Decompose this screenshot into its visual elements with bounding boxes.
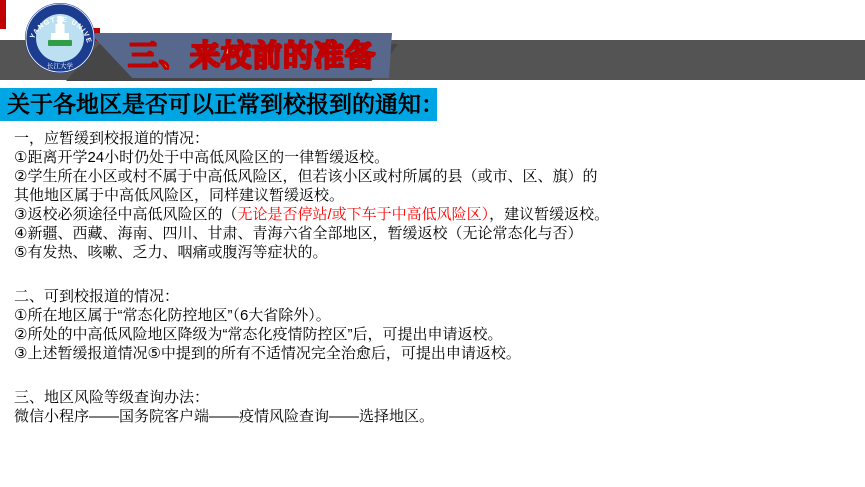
university-logo: YANGTZE UNIVERSITY 长江大学 — [24, 2, 96, 74]
notice-subtitle: 关于各地区是否可以正常到校报到的通知： — [0, 88, 437, 121]
section-3: 三、地区风险等级查询办法： 微信小程序——国务院客户端——疫情风险查询——选择地… — [14, 388, 859, 426]
section-1-heading: 一，应暂缓到校报道的情况： — [14, 129, 859, 148]
section-1-line-2: ②学生所在小区或村不属于中高低风险区，但若该小区或村所属的县（或市、区、旗）的 — [14, 167, 859, 186]
section-2-line-2: ②所处的中高低风险地区降级为“常态化疫情防控区”后，可提出申请返校。 — [14, 325, 859, 344]
notice-body: 一，应暂缓到校报道的情况： ①距离开学24小时仍处于中高低风险区的一律暂缓返校。… — [14, 129, 859, 451]
section-1-line-6: ⑤有发热、咳嗽、乏力、咽痛或腹泻等症状的。 — [14, 243, 859, 262]
red-highlight-text: 无论是否停站/或下车于中高低风险区） — [237, 206, 489, 223]
section-2: 二、可到校报道的情况： ①所在地区属于“常态化防控地区”（6大省除外）。 ②所处… — [14, 287, 859, 363]
university-emblem-icon: YANGTZE UNIVERSITY 长江大学 — [24, 2, 96, 74]
corner-red-stripe — [0, 0, 6, 29]
line-4-suffix: ，建议暂缓返校。 — [489, 206, 609, 223]
section-2-line-3: ③上述暂缓报道情况⑤中提到的所有不适情况完全治愈后，可提出申请返校。 — [14, 344, 859, 363]
section-3-line-1: 微信小程序——国务院客户端——疫情风险查询——选择地区。 — [14, 407, 859, 426]
slide-title: 三、来校前的准备 — [128, 36, 388, 76]
section-3-heading: 三、地区风险等级查询办法： — [14, 388, 859, 407]
section-1-line-5: ④新疆、西藏、海南、四川、甘肃、青海六省全部地区，暂缓返校（无论常态化与否） — [14, 224, 859, 243]
logo-bottom-text: 长江大学 — [47, 61, 74, 70]
section-2-line-1: ①所在地区属于“常态化防控地区”（6大省除外）。 — [14, 306, 859, 325]
line-4-prefix: ③返校必须途径中高低风险区的（ — [14, 206, 237, 223]
slide-page: 三、来校前的准备 YANGTZE UNIVERSITY 长江大学 关于各地区是否… — [0, 0, 865, 487]
section-1-line-3: 其他地区属于中高低风险区，同样建议暂缓返校。 — [14, 186, 859, 205]
section-2-heading: 二、可到校报道的情况： — [14, 287, 859, 306]
section-1: 一，应暂缓到校报道的情况： ①距离开学24小时仍处于中高低风险区的一律暂缓返校。… — [14, 129, 859, 262]
section-1-line-4: ③返校必须途径中高低风险区的（无论是否停站/或下车于中高低风险区），建议暂缓返校… — [14, 205, 859, 224]
section-1-line-1: ①距离开学24小时仍处于中高低风险区的一律暂缓返校。 — [14, 148, 859, 167]
